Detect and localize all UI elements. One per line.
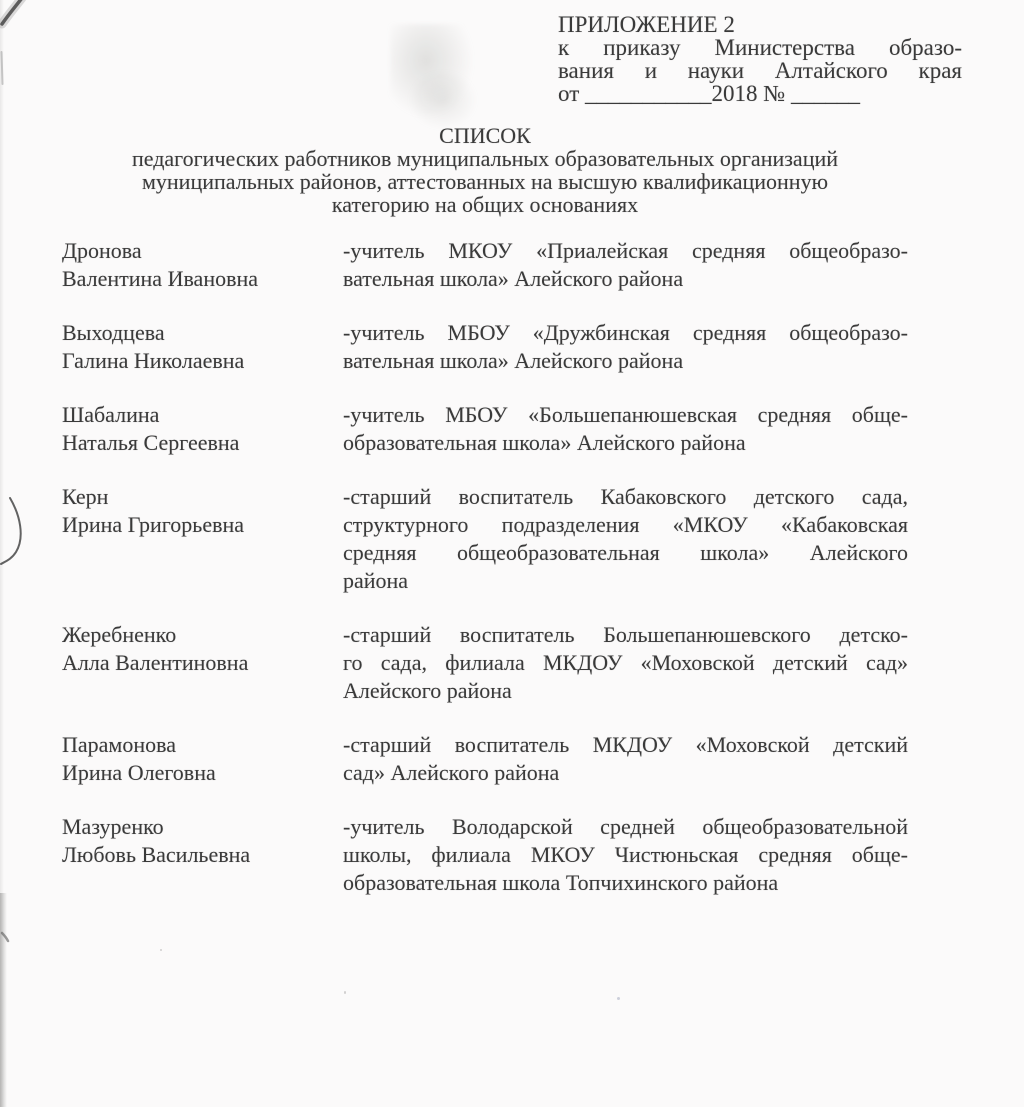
title-line: категорию на общих основаниях [62,193,908,216]
person-name-line: Шабалина [62,401,343,429]
position-line: вательная школа» Алейского района [343,265,908,293]
scan-edge-shadow-bottom [0,893,7,1107]
stamp-ghost [408,70,478,130]
list-entry: ШабалинаНаталья Сергеевна-учитель МБОУ «… [62,401,908,457]
position-line: структурного подразделения «МКОУ «Кабако… [343,511,908,539]
person-name: ВыходцеваГалина Николаевна [62,319,343,375]
person-position: -учитель МКОУ «Приалейская средняя общео… [343,237,908,293]
position-line: района [343,567,908,595]
list-entry: ВыходцеваГалина Николаевна-учитель МБОУ … [62,319,908,375]
position-line: -учитель Володарской средней общеобразов… [343,813,908,841]
teacher-list: ДроноваВалентина Ивановна-учитель МКОУ «… [62,237,908,923]
position-line: -старший воспитатель МКДОУ «Моховской де… [343,731,908,759]
title-line: педагогических работников муниципальных … [62,147,908,170]
person-name-line: Выходцева [62,319,343,347]
title-line: муниципальных районов, аттестованных на … [62,170,908,193]
person-name: КернИрина Григорьевна [62,483,343,595]
position-line: образовательная школа» Алейского района [343,429,908,457]
appendix-header: ПРИЛОЖЕНИЕ 2 к приказу Министерства обра… [558,13,962,105]
scan-speck [344,991,346,994]
person-name-line: Ирина Григорьевна [62,511,343,539]
list-entry: ЖеребненкоАлла Валентиновна-старший восп… [62,621,908,705]
person-name: ДроноваВалентина Ивановна [62,237,343,293]
person-name-line: Дронова [62,237,343,265]
person-position: -старший воспитатель МКДОУ «Моховской де… [343,731,908,787]
title-line: СПИСОК [62,124,908,147]
list-entry: КернИрина Григорьевна-старший воспитател… [62,483,908,595]
person-name-line: Любовь Васильевна [62,841,343,869]
position-line: сад» Алейского района [343,759,908,787]
scan-speck [617,997,620,1000]
document-page: ПРИЛОЖЕНИЕ 2 к приказу Министерства обра… [0,0,1024,1107]
person-position: -учитель Володарской средней общеобразов… [343,813,908,897]
person-position: -учитель МБОУ «Большепанюшевская средняя… [343,401,908,457]
position-line: вательная школа» Алейского района [343,347,908,375]
person-name-line: Наталья Сергеевна [62,429,343,457]
appendix-order-date-line: от ___________2018 № ______ [558,82,962,105]
appendix-line: вания и науки Алтайского края [558,59,962,82]
pen-mark-corner-halo [2,0,22,24]
document-title: СПИСОК педагогических работников муницип… [62,124,908,216]
person-position: -старший воспитатель Большепанюшевского … [343,621,908,705]
list-entry: ДроноваВалентина Ивановна-учитель МКОУ «… [62,237,908,293]
position-line: -старший воспитатель Кабаковского детско… [343,483,908,511]
position-line: -учитель МБОУ «Дружбинская средняя общео… [343,319,908,347]
person-position: -старший воспитатель Кабаковского детско… [343,483,908,595]
list-entry: ПарамоноваИрина Олеговна-старший воспита… [62,731,908,787]
position-line: образовательная школа Топчихинского райо… [343,869,908,897]
list-entry: МазуренкоЛюбовь Васильевна-учитель Волод… [62,813,908,897]
position-line: го сада, филиала МКДОУ «Моховской детски… [343,649,908,677]
person-name: ПарамоноваИрина Олеговна [62,731,343,787]
position-line: средняя общеобразовательная школа» Алейс… [343,539,908,567]
pen-mark-corner [2,0,22,24]
person-name: ЖеребненкоАлла Валентиновна [62,621,343,705]
person-position: -учитель МБОУ «Дружбинская средняя общео… [343,319,908,375]
appendix-line: к приказу Министерства образо- [558,36,962,59]
person-name-line: Жеребненко [62,621,343,649]
person-name: МазуренкоЛюбовь Васильевна [62,813,343,897]
person-name: ШабалинаНаталья Сергеевна [62,401,343,457]
position-line: Алейского района [343,677,908,705]
person-name-line: Алла Валентиновна [62,649,343,677]
person-name-line: Керн [62,483,343,511]
appendix-line: ПРИЛОЖЕНИЕ 2 [558,13,962,36]
person-name-line: Галина Николаевна [62,347,343,375]
position-line: -учитель МБОУ «Большепанюшевская средняя… [343,401,908,429]
person-name-line: Мазуренко [62,813,343,841]
person-name-line: Ирина Олеговна [62,759,343,787]
position-line: школы, филиала МКОУ Чистюньская средняя … [343,841,908,869]
scan-speck [160,949,162,951]
position-line: -учитель МКОУ «Приалейская средняя общео… [343,237,908,265]
person-name-line: Парамонова [62,731,343,759]
position-line: -старший воспитатель Большепанюшевского … [343,621,908,649]
person-name-line: Валентина Ивановна [62,265,343,293]
